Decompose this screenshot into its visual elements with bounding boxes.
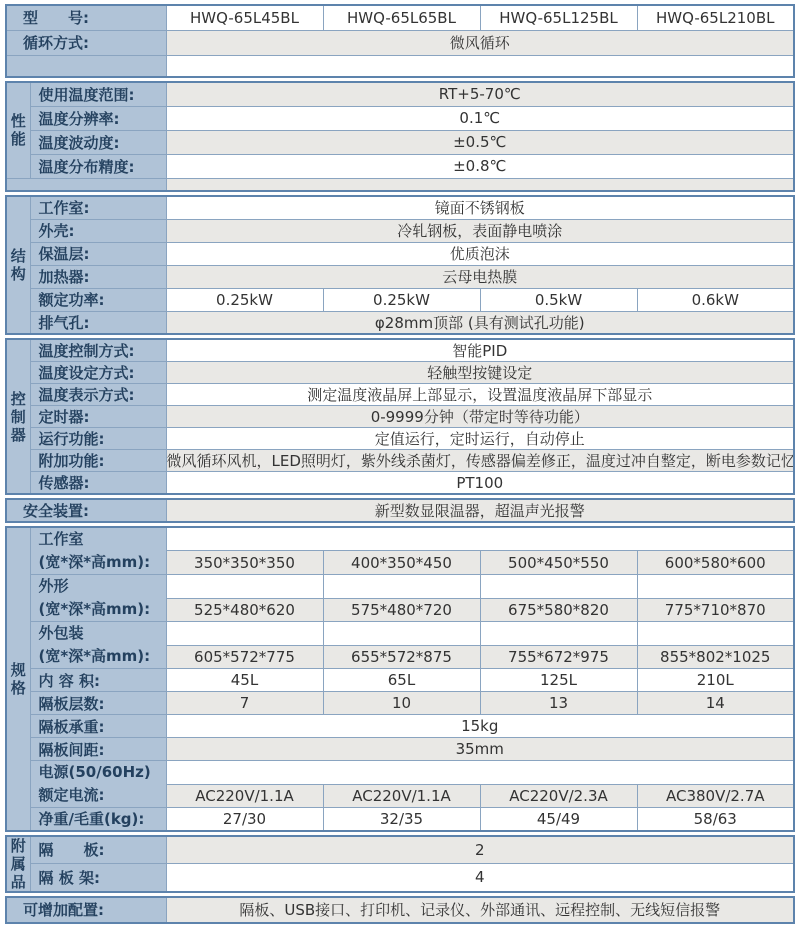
- timer-row: 定时器: 0-9999分钟（带定时等待功能）: [6, 406, 794, 428]
- package-size-label: 外包装 (宽*深*高mm):: [30, 622, 166, 669]
- rated-power-label: 额定功率:: [30, 288, 166, 311]
- shelf-load-label: 隔板承重:: [30, 715, 166, 738]
- package-size-value-1: 605*572*775: [166, 645, 323, 669]
- shelf-count-row: 隔板层数: 7 10 13 14: [6, 692, 794, 715]
- performance-group-label: 性 能: [6, 82, 30, 178]
- model-name-1: HWQ-65L45BL: [166, 5, 323, 30]
- workroom-row: 结 构 工作室: 镜面不锈钢板: [6, 196, 794, 219]
- safety-block: 安全装置: 新型数显限温器，超温声光报警: [5, 498, 795, 523]
- accessories-block: 附 属 品 隔 板: 2 隔 板 架: 4: [5, 835, 795, 893]
- additional-function-row: 附加功能: 微风循环风机，LED照明灯，紫外线杀菌灯，传感器偏差修正，温度过冲自…: [6, 450, 794, 472]
- sensor-row: 传感器: PT100: [6, 472, 794, 495]
- chamber-size-label-line1: 工作室: [39, 528, 166, 551]
- power-supply-label-line2: 额定电流:: [39, 784, 166, 807]
- rated-current-value-4: AC380V/2.7A: [637, 784, 794, 808]
- empty-value-cell: [166, 527, 794, 551]
- additional-function-label: 附加功能:: [30, 450, 166, 472]
- additional-function-value: 微风循环风机，LED照明灯，紫外线杀菌灯，传感器偏差修正，温度过冲自整定，断电参…: [166, 450, 794, 472]
- power-supply-row: 电源(50/60Hz) 额定电流:: [6, 761, 794, 785]
- model-row-label: 型 号:: [6, 5, 166, 30]
- empty-label-cell: [6, 178, 166, 191]
- exterior-size-value-4: 775*710*870: [637, 598, 794, 622]
- weight-label: 净重/毛重(kg):: [30, 808, 166, 831]
- empty-value-cell: [166, 761, 794, 785]
- shell-label: 外壳:: [30, 219, 166, 242]
- chamber-size-value-1: 350*350*350: [166, 551, 323, 575]
- shell-row: 外壳: 冷轧钢板，表面静电喷涂: [6, 219, 794, 242]
- model-block: 型 号: HWQ-65L45BL HWQ-65L65BL HWQ-65L125B…: [5, 4, 795, 78]
- temp-uniformity-label: 温度分布精度:: [30, 154, 166, 178]
- optional-value: 隔板、USB接口、打印机、记录仪、外部通讯、远程控制、无线短信报警: [166, 897, 794, 923]
- package-size-value-4: 855*802*1025: [637, 645, 794, 669]
- temp-control-row: 控 制 器 温度控制方式: 智能PID: [6, 339, 794, 362]
- shelf-spacing-value: 35mm: [166, 738, 794, 761]
- spec-sheet: 型 号: HWQ-65L45BL HWQ-65L65BL HWQ-65L125B…: [0, 0, 800, 924]
- chamber-size-label-line2: (宽*深*高mm):: [39, 551, 166, 574]
- volume-value-3: 125L: [480, 669, 637, 692]
- insulation-label: 保温层:: [30, 242, 166, 265]
- package-size-value-3: 755*672*975: [480, 645, 637, 669]
- workroom-label: 工作室:: [30, 196, 166, 219]
- rated-current-value-1: AC220V/1.1A: [166, 784, 323, 808]
- empty-value-cell: [166, 178, 794, 191]
- rated-power-value-2: 0.25kW: [323, 288, 480, 311]
- weight-value-4: 58/63: [637, 808, 794, 831]
- exterior-size-value-2: 575*480*720: [323, 598, 480, 622]
- temp-resolution-value: 0.1℃: [166, 106, 794, 130]
- volume-row: 内 容 积: 45L 65L 125L 210L: [6, 669, 794, 692]
- optional-row: 可增加配置: 隔板、USB接口、打印机、记录仪、外部通讯、远程控制、无线短信报警: [6, 897, 794, 923]
- insulation-value: 优质泡沫: [166, 242, 794, 265]
- shelf-count-label: 隔板层数:: [30, 692, 166, 715]
- optional-block: 可增加配置: 隔板、USB接口、打印机、记录仪、外部通讯、远程控制、无线短信报警: [5, 896, 795, 924]
- empty-value-cell: [480, 622, 637, 646]
- weight-value-3: 45/49: [480, 808, 637, 831]
- package-size-row: 外包装 (宽*深*高mm):: [6, 622, 794, 646]
- volume-value-1: 45L: [166, 669, 323, 692]
- temp-range-value: RT+5-70℃: [166, 82, 794, 106]
- volume-value-4: 210L: [637, 669, 794, 692]
- rated-power-value-1: 0.25kW: [166, 288, 323, 311]
- workroom-value: 镜面不锈钢板: [166, 196, 794, 219]
- safety-label: 安全装置:: [6, 499, 166, 522]
- chamber-size-value-3: 500*450*550: [480, 551, 637, 575]
- model-name-3: HWQ-65L125BL: [480, 5, 637, 30]
- circulation-row: 循环方式: 微风循环: [6, 30, 794, 55]
- heater-row: 加热器: 云母电热膜: [6, 265, 794, 288]
- temp-resolution-row: 温度分辨率: 0.1℃: [6, 106, 794, 130]
- power-supply-label-line1: 电源(50/60Hz): [39, 761, 166, 784]
- rated-current-value-3: AC220V/2.3A: [480, 784, 637, 808]
- vent-row: 排气孔: φ28mm顶部 (具有测试孔功能): [6, 311, 794, 334]
- temp-setting-value: 轻触型按键设定: [166, 362, 794, 384]
- specs-block: 规 格 工作室 (宽*深*高mm): 350*350*350 400*350*4…: [5, 526, 795, 832]
- empty-label-cell: [6, 55, 166, 77]
- chamber-size-row: 规 格 工作室 (宽*深*高mm):: [6, 527, 794, 551]
- spacer-row: [6, 55, 794, 77]
- temp-control-label: 温度控制方式:: [30, 339, 166, 362]
- shelf-rack-value: 4: [166, 864, 794, 892]
- shelf-load-row: 隔板承重: 15kg: [6, 715, 794, 738]
- run-function-row: 运行功能: 定值运行，定时运行，自动停止: [6, 428, 794, 450]
- empty-value-cell: [637, 575, 794, 599]
- power-supply-label: 电源(50/60Hz) 额定电流:: [30, 761, 166, 808]
- timer-value: 0-9999分钟（带定时等待功能）: [166, 406, 794, 428]
- temp-fluctuation-label: 温度波动度:: [30, 130, 166, 154]
- structure-block: 结 构 工作室: 镜面不锈钢板 外壳: 冷轧钢板，表面静电喷涂 保温层: 优质泡…: [5, 195, 795, 335]
- vent-label: 排气孔:: [30, 311, 166, 334]
- run-function-value: 定值运行，定时运行，自动停止: [166, 428, 794, 450]
- model-name-4: HWQ-65L210BL: [637, 5, 794, 30]
- empty-value-cell: [166, 575, 323, 599]
- model-name-2: HWQ-65L65BL: [323, 5, 480, 30]
- temp-control-value: 智能PID: [166, 339, 794, 362]
- sensor-label: 传感器:: [30, 472, 166, 495]
- shelf-count-value-1: 7: [166, 692, 323, 715]
- safety-row: 安全装置: 新型数显限温器，超温声光报警: [6, 499, 794, 522]
- circulation-label: 循环方式:: [6, 30, 166, 55]
- controller-group-label: 控 制 器: [6, 339, 30, 494]
- optional-label: 可增加配置:: [6, 897, 166, 923]
- rated-power-value-4: 0.6kW: [637, 288, 794, 311]
- model-row: 型 号: HWQ-65L45BL HWQ-65L65BL HWQ-65L125B…: [6, 5, 794, 30]
- safety-value: 新型数显限温器，超温声光报警: [166, 499, 794, 522]
- heater-value: 云母电热膜: [166, 265, 794, 288]
- empty-value-cell: [637, 622, 794, 646]
- exterior-size-value-3: 675*580*820: [480, 598, 637, 622]
- chamber-size-value-4: 600*580*600: [637, 551, 794, 575]
- exterior-size-label-line2: (宽*深*高mm):: [39, 598, 166, 621]
- shelf-count-value-3: 13: [480, 692, 637, 715]
- empty-value-cell: [166, 622, 323, 646]
- weight-value-1: 27/30: [166, 808, 323, 831]
- temp-uniformity-value: ±0.8℃: [166, 154, 794, 178]
- shelf-rack-label: 隔 板 架:: [30, 864, 166, 892]
- shelf-load-value: 15kg: [166, 715, 794, 738]
- volume-value-2: 65L: [323, 669, 480, 692]
- shelf-rack-row: 隔 板 架: 4: [6, 864, 794, 892]
- shelf-count-value-2: 10: [323, 692, 480, 715]
- empty-value-cell: [166, 55, 794, 77]
- volume-label: 内 容 积:: [30, 669, 166, 692]
- exterior-size-label: 外形 (宽*深*高mm):: [30, 575, 166, 622]
- accessories-group-label: 附 属 品: [6, 836, 30, 892]
- exterior-size-row: 外形 (宽*深*高mm):: [6, 575, 794, 599]
- run-function-label: 运行功能:: [30, 428, 166, 450]
- package-size-label-line1: 外包装: [39, 622, 166, 645]
- temp-setting-row: 温度设定方式: 轻触型按键设定: [6, 362, 794, 384]
- empty-value-cell: [480, 575, 637, 599]
- rated-power-row: 额定功率: 0.25kW 0.25kW 0.5kW 0.6kW: [6, 288, 794, 311]
- package-size-label-line2: (宽*深*高mm):: [39, 645, 166, 668]
- chamber-size-value-2: 400*350*450: [323, 551, 480, 575]
- temp-uniformity-row: 温度分布精度: ±0.8℃: [6, 154, 794, 178]
- sensor-value: PT100: [166, 472, 794, 495]
- temp-fluctuation-value: ±0.5℃: [166, 130, 794, 154]
- specs-group-label: 规 格: [6, 527, 30, 831]
- temp-setting-label: 温度设定方式:: [30, 362, 166, 384]
- shelf-value: 2: [166, 836, 794, 864]
- vent-value: φ28mm顶部 (具有测试孔功能): [166, 311, 794, 334]
- weight-value-2: 32/35: [323, 808, 480, 831]
- temp-display-label: 温度表示方式:: [30, 384, 166, 406]
- temp-resolution-label: 温度分辨率:: [30, 106, 166, 130]
- insulation-row: 保温层: 优质泡沫: [6, 242, 794, 265]
- exterior-size-label-line1: 外形: [39, 575, 166, 598]
- rated-power-value-3: 0.5kW: [480, 288, 637, 311]
- structure-group-label: 结 构: [6, 196, 30, 334]
- timer-label: 定时器:: [30, 406, 166, 428]
- controller-block: 控 制 器 温度控制方式: 智能PID 温度设定方式: 轻触型按键设定 温度表示…: [5, 338, 795, 495]
- performance-block: 性 能 使用温度范围: RT+5-70℃ 温度分辨率: 0.1℃ 温度波动度: …: [5, 81, 795, 192]
- shelf-count-value-4: 14: [637, 692, 794, 715]
- shelf-spacing-row: 隔板间距: 35mm: [6, 738, 794, 761]
- rated-current-value-2: AC220V/1.1A: [323, 784, 480, 808]
- heater-label: 加热器:: [30, 265, 166, 288]
- circulation-value: 微风循环: [166, 30, 794, 55]
- package-size-value-2: 655*572*875: [323, 645, 480, 669]
- temp-range-label: 使用温度范围:: [30, 82, 166, 106]
- chamber-size-label: 工作室 (宽*深*高mm):: [30, 527, 166, 575]
- shelf-spacing-label: 隔板间距:: [30, 738, 166, 761]
- spacer-row: [6, 178, 794, 191]
- temp-display-value: 测定温度液晶屏上部显示，设置温度液晶屏下部显示: [166, 384, 794, 406]
- empty-value-cell: [323, 575, 480, 599]
- shell-value: 冷轧钢板，表面静电喷涂: [166, 219, 794, 242]
- shelf-label: 隔 板:: [30, 836, 166, 864]
- weight-row: 净重/毛重(kg): 27/30 32/35 45/49 58/63: [6, 808, 794, 831]
- temp-fluctuation-row: 温度波动度: ±0.5℃: [6, 130, 794, 154]
- exterior-size-value-1: 525*480*620: [166, 598, 323, 622]
- shelf-row: 附 属 品 隔 板: 2: [6, 836, 794, 864]
- temp-range-row: 性 能 使用温度范围: RT+5-70℃: [6, 82, 794, 106]
- temp-display-row: 温度表示方式: 测定温度液晶屏上部显示，设置温度液晶屏下部显示: [6, 384, 794, 406]
- empty-value-cell: [323, 622, 480, 646]
